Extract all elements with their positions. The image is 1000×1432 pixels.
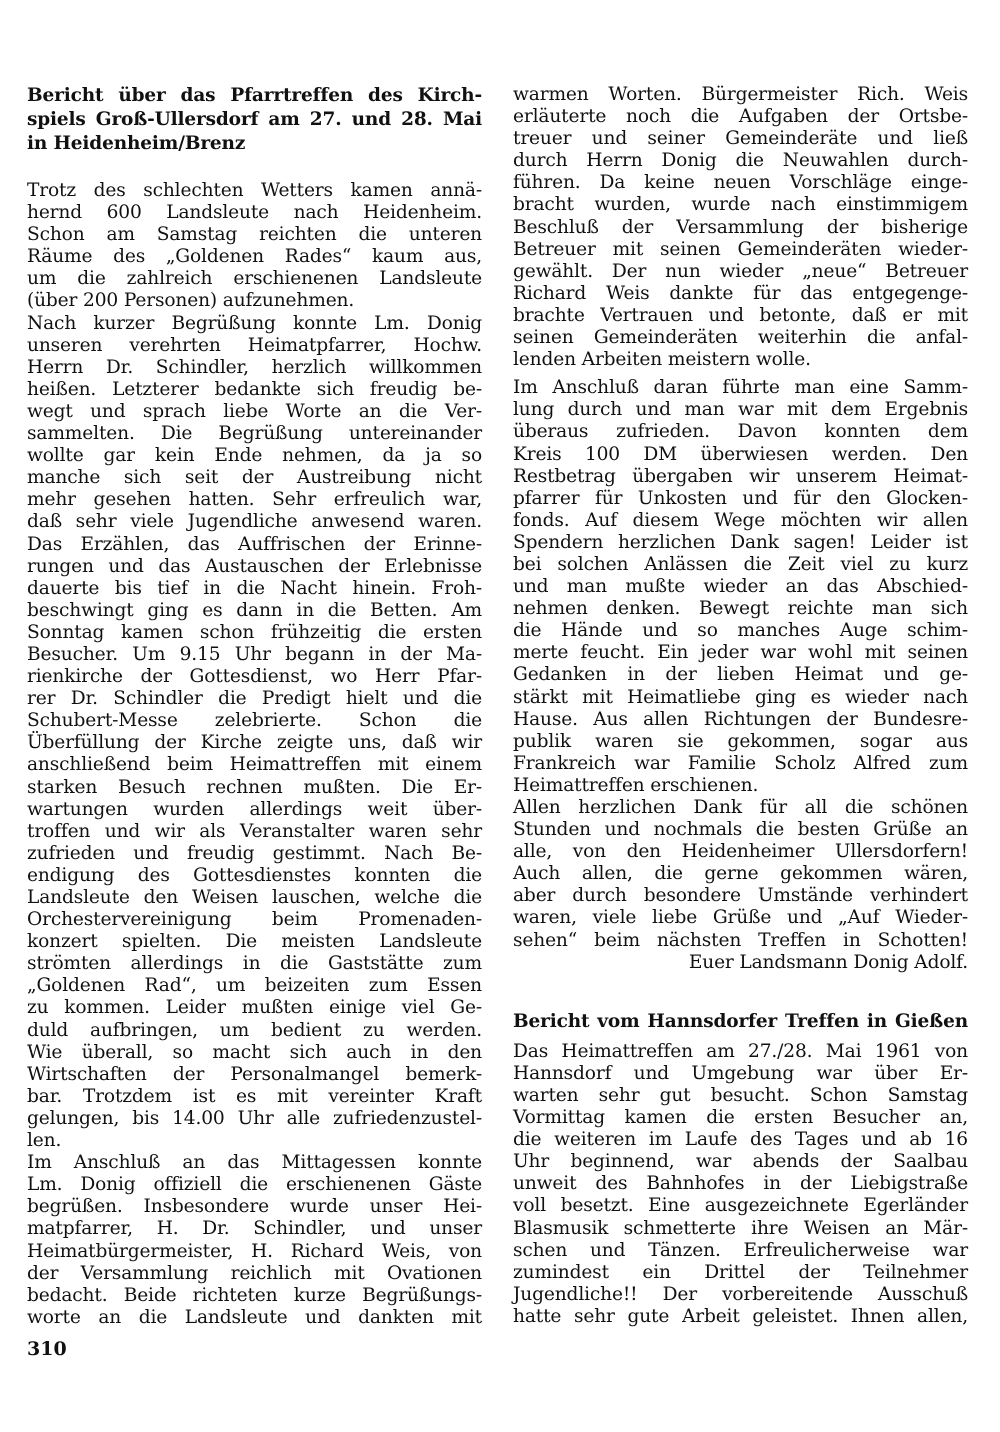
text-line: zumindest ein Drittel der Teilnehmer xyxy=(513,1262,968,1284)
text-line: (über 200 Personen) aufzunehmen. xyxy=(27,290,482,312)
text-line: Gedanken in der lieben Heimat und ge- xyxy=(513,664,968,686)
title-line: Bericht vom Hannsdorfer Treffen in Gieße… xyxy=(513,1010,968,1034)
text-line: Räume des „Goldenen Rades“ kaum aus, xyxy=(27,246,482,268)
text-line: Blasmusik schmetterte ihre Weisen an Mär… xyxy=(513,1218,968,1240)
text-line: erläuterte noch die Aufgaben der Ortsbe- xyxy=(513,106,968,128)
text-line: manche sich seit der Austreibung nicht xyxy=(27,467,482,489)
title-line: in Heidenheim/Brenz xyxy=(27,132,482,156)
text-line: begrüßen. Insbesondere wurde unser Hei- xyxy=(27,1196,482,1218)
text-line: zu kommen. Leider mußten einige viel Ge- xyxy=(27,997,482,1019)
left-column: Bericht über das Pfarrtreffen des Kirch-… xyxy=(27,84,482,1329)
text-line: dauerte bis tief in die Nacht hinein. Fr… xyxy=(27,578,482,600)
text-line: konzert spielten. Die meisten Landsleute xyxy=(27,931,482,953)
text-line: warmen Worten. Bürgermeister Rich. Weis xyxy=(513,84,968,106)
text-line: um die zahlreich erschienenen Landsleute xyxy=(27,268,482,290)
text-line: troffen und wir als Veranstalter waren s… xyxy=(27,821,482,843)
text-line: Sonntag kamen schon frühzeitig die erste… xyxy=(27,622,482,644)
text-line: Beschluß der Versammlung der bisherige xyxy=(513,217,968,239)
text-line: führen. Da keine neuen Vorschläge einge- xyxy=(513,172,968,194)
text-line: endigung des Gottesdienstes konnten die xyxy=(27,865,482,887)
text-line: wegt und sprach liebe Worte an die Ver- xyxy=(27,401,482,423)
text-line: gewählt. Der nun wieder „neue“ Betreuer xyxy=(513,261,968,283)
text-line: strömten allerdings in die Gaststätte zu… xyxy=(27,953,482,975)
paragraph: Allen herzlichen Dank für all die schöne… xyxy=(513,797,968,974)
text-line: der Versammlung reichlich mit Ovationen xyxy=(27,1263,482,1285)
paragraph: Im Anschluß an das Mittagessen konnte Lm… xyxy=(27,1152,482,1329)
text-line: mehr gesehen hatten. Sehr erfreulich war… xyxy=(27,489,482,511)
text-line: Herrn Dr. Schindler, herzlich willkommen xyxy=(27,357,482,379)
text-line: sammelten. Die Begrüßung untereinander xyxy=(27,423,482,445)
article1-left-body: Trotz des schlechten Wetters kamen annä-… xyxy=(27,180,482,1329)
text-line: nehmen denken. Bewegt reichte man sich xyxy=(513,598,968,620)
text-line: Besucher. Um 9.15 Uhr begann in der Ma- xyxy=(27,644,482,666)
text-line: rer Dr. Schindler die Predigt hielt und … xyxy=(27,688,482,710)
text-line: len. xyxy=(27,1130,482,1152)
text-line: gelungen, bis 14.00 Uhr alle zufriedenzu… xyxy=(27,1108,482,1130)
text-line: stärkt mit Heimatliebe ging es wieder na… xyxy=(513,687,968,709)
text-line: pfarrer für Unkosten und für den Glocken… xyxy=(513,488,968,510)
text-line: „Goldenen Rad“, um beizeiten zum Essen xyxy=(27,975,482,997)
text-line: daß sehr viele Jugendliche anwesend ware… xyxy=(27,511,482,533)
text-line: Hause. Aus allen Richtungen der Bundesre… xyxy=(513,709,968,731)
text-line: worte an die Landsleute und dankten mit xyxy=(27,1307,482,1329)
text-line: unseren verehrten Heimatpfarrer, Hochw. xyxy=(27,335,482,357)
text-line: rungen und das Austauschen der Erlebniss… xyxy=(27,556,482,578)
title-line: Bericht über das Pfarrtreffen des Kirch- xyxy=(27,84,482,108)
text-line: Hannsdorf und Umgebung war über Er- xyxy=(513,1063,968,1085)
text-line: Im Anschluß an das Mittagessen konnte xyxy=(27,1152,482,1174)
text-line: rienkirche der Gottesdienst, wo Herr Pfa… xyxy=(27,666,482,688)
text-line: schen und Tänzen. Erfreulicherweise war xyxy=(513,1240,968,1262)
text-line: Schubert-Messe zelebrierte. Schon die xyxy=(27,710,482,732)
paragraph: Nach kurzer Begrüßung konnte Lm. Donig u… xyxy=(27,313,482,1153)
text-line: Wie überall, so macht sich auch in den xyxy=(27,1042,482,1064)
text-line: Heimatbürgermeister, H. Richard Weis, vo… xyxy=(27,1241,482,1263)
paragraph: Im Anschluß daran führte man eine Samm- … xyxy=(513,377,968,797)
text-line: Auch allen, die gerne gekommen wären, xyxy=(513,863,968,885)
text-line: durch Herrn Donig die Neuwahlen durch- xyxy=(513,150,968,172)
text-line: überaus zufrieden. Davon konnten dem xyxy=(513,421,968,443)
text-line: Überfüllung der Kirche zeigte uns, daß w… xyxy=(27,732,482,754)
article1-right-body: warmen Worten. Bürgermeister Rich. Weis … xyxy=(513,84,968,974)
article2-body: Das Heimattreffen am 27./28. Mai 1961 vo… xyxy=(513,1041,968,1328)
text-line: warten sehr gut besucht. Schon Samstag xyxy=(513,1085,968,1107)
text-line: merte feucht. Ein jeder war wohl mit sei… xyxy=(513,642,968,664)
text-line: seinen Gemeinderäten weiterhin die anfal… xyxy=(513,327,968,349)
text-line: hernd 600 Landsleute nach Heidenheim. xyxy=(27,202,482,224)
right-column: warmen Worten. Bürgermeister Rich. Weis … xyxy=(513,84,968,1328)
text-line: die weiteren im Laufe des Tages und ab 1… xyxy=(513,1129,968,1151)
text-line: wollte gar kein Ende nehmen, da ja so xyxy=(27,445,482,467)
text-line: Trotz des schlechten Wetters kamen annä- xyxy=(27,180,482,202)
text-line: bar. Trotzdem ist es mit vereinter Kraft xyxy=(27,1086,482,1108)
text-line: fonds. Auf diesem Wege möchten wir allen xyxy=(513,510,968,532)
signature: Euer Landsmann Donig Adolf. xyxy=(513,952,968,974)
article1-title: Bericht über das Pfarrtreffen des Kirch-… xyxy=(27,84,482,156)
article2-title: Bericht vom Hannsdorfer Treffen in Gieße… xyxy=(513,1010,968,1034)
text-line: Orchestervereinigung beim Promenaden- xyxy=(27,909,482,931)
title-line: spiels Groß-Ullersdorf am 27. und 28. Ma… xyxy=(27,108,482,132)
text-line: sehen“ beim nächsten Treffen in Schotten… xyxy=(513,930,968,952)
text-line: Lm. Donig offiziell die erschienenen Gäs… xyxy=(27,1174,482,1196)
text-line: wartungen wurden allerdings weit über- xyxy=(27,799,482,821)
paragraph: Das Heimattreffen am 27./28. Mai 1961 vo… xyxy=(513,1041,968,1328)
text-line: Frankreich war Familie Scholz Alfred zum xyxy=(513,753,968,775)
text-line: Jugendliche!! Der vorbereitende Ausschuß xyxy=(513,1284,968,1306)
text-line: Das Erzählen, das Auffrischen der Erinne… xyxy=(27,534,482,556)
text-line: Heimattreffen erschienen. xyxy=(513,775,968,797)
text-line: Spendern herzlichen Dank sagen! Leider i… xyxy=(513,532,968,554)
text-line: beschwingt ging es dann in die Betten. A… xyxy=(27,600,482,622)
text-line: bei solchen Anlässen die Zeit viel zu ku… xyxy=(513,554,968,576)
text-line: Vormittag kamen die ersten Besucher an, xyxy=(513,1107,968,1129)
text-line: Betreuer mit seinen Gemeinderäten wieder… xyxy=(513,239,968,261)
paragraph: warmen Worten. Bürgermeister Rich. Weis … xyxy=(513,84,968,371)
text-line: unweit des Bahnhofes in der Liebigstraße xyxy=(513,1173,968,1195)
text-line: Nach kurzer Begrüßung konnte Lm. Donig xyxy=(27,313,482,335)
text-line: lenden Arbeiten meistern wolle. xyxy=(513,349,968,371)
text-line: Schon am Samstag reichten die unteren xyxy=(27,224,482,246)
text-line: publik waren sie gekommen, sogar aus xyxy=(513,731,968,753)
text-line: hatte sehr gute Arbeit geleistet. Ihnen … xyxy=(513,1306,968,1328)
text-line: treuer und seiner Gemeinderäte und ließ xyxy=(513,128,968,150)
text-line: bedacht. Beide richteten kurze Begrüßung… xyxy=(27,1285,482,1307)
paragraph: Trotz des schlechten Wetters kamen annä-… xyxy=(27,180,482,313)
text-line: Landsleute den Weisen lauschen, welche d… xyxy=(27,887,482,909)
text-line: Kreis 100 DM überwiesen werden. Den xyxy=(513,444,968,466)
text-line: alle, von den Heidenheimer Ullersdorfern… xyxy=(513,841,968,863)
text-line: zufrieden und freudig gestimmt. Nach Be- xyxy=(27,843,482,865)
text-line: aber durch besondere Umstände verhindert xyxy=(513,885,968,907)
text-line: starken Besuch rechnen mußten. Die Er- xyxy=(27,777,482,799)
text-line: waren, viele liebe Grüße und „Auf Wieder… xyxy=(513,907,968,929)
text-line: matpfarrer, H. Dr. Schindler, und unser xyxy=(27,1218,482,1240)
text-line: und man mußte wieder an das Abschied- xyxy=(513,576,968,598)
text-line: heißen. Letzterer bedankte sich freudig … xyxy=(27,379,482,401)
text-line: Stunden und nochmals die besten Grüße an xyxy=(513,819,968,841)
text-line: anschließend beim Heimattreffen mit eine… xyxy=(27,754,482,776)
text-line: lung durch und man war mit dem Ergebnis xyxy=(513,399,968,421)
text-line: die Hände und so manches Auge schim- xyxy=(513,620,968,642)
text-line: Restbetrag übergaben wir unserem Heimat- xyxy=(513,466,968,488)
text-line: Das Heimattreffen am 27./28. Mai 1961 vo… xyxy=(513,1041,968,1063)
text-line: Allen herzlichen Dank für all die schöne… xyxy=(513,797,968,819)
page-number: 310 xyxy=(27,1338,67,1360)
text-line: duld aufbringen, um bedient zu werden. xyxy=(27,1020,482,1042)
text-line: Uhr beginnend, war abends der Saalbau xyxy=(513,1151,968,1173)
text-line: brachte Vertrauen und betonte, daß er mi… xyxy=(513,305,968,327)
text-line: bracht wurden, wurde nach einstimmigem xyxy=(513,194,968,216)
text-line: voll besetzt. Eine ausgezeichnete Egerlä… xyxy=(513,1195,968,1217)
text-line: Im Anschluß daran führte man eine Samm- xyxy=(513,377,968,399)
text-line: Wirtschaften der Personalmangel bemerk- xyxy=(27,1064,482,1086)
text-line: Richard Weis dankte für das entgegenge- xyxy=(513,283,968,305)
